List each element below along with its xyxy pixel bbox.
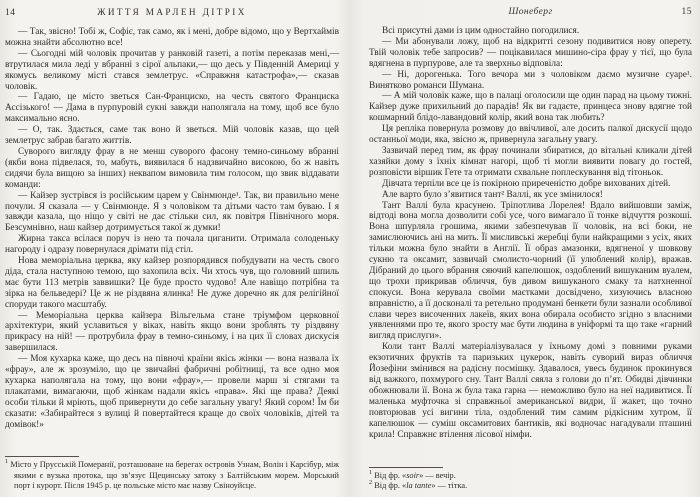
paragraph: Ця репліка повернула розмову до ввічливо… — [369, 124, 692, 146]
paragraph: — Гадаю, це місто зветься Сан-Франциско,… — [5, 92, 339, 125]
paragraph: — Меморіальна церква кайзера Вільгельма … — [5, 311, 339, 355]
left-page-body: — Так, звісно! Тобі ж, Софіє, так само, … — [5, 27, 339, 431]
paragraph: — Ми абонували ложу, щоб на відкритті се… — [369, 37, 692, 70]
paragraph: Жирна такса всілася поруч із нею та поча… — [5, 234, 339, 256]
right-page-footnotes: 1 Від фр. «soir» — вечір.2 Від фр. «la t… — [369, 467, 692, 491]
left-page-number: 14 — [5, 8, 31, 19]
footnote: 2 Від фр. «la tante» — тітка. — [369, 481, 692, 491]
right-page-header: Шонеберг 15 — [369, 7, 692, 18]
book-spread: 14 ЖИТТЯ МАРЛЕН ДІТРІХ — Так, звісно! То… — [0, 0, 700, 497]
paragraph: Нова меморіальна церква, яку кайзер розп… — [5, 256, 339, 311]
paragraph: Коли тант Валлі матеріалізувалася у їхнь… — [369, 342, 692, 440]
paragraph: Суворого вигляду фрау в не менш суворого… — [5, 147, 339, 191]
paragraph: — Кайзер зустрівся із російським царем у… — [5, 191, 339, 235]
footnote-rule — [369, 467, 443, 468]
right-page-body: Всі присутні дами із цим одностайно пого… — [369, 26, 692, 440]
left-page-footnotes: 1 Місто у Прусській Померанії, розташова… — [5, 456, 339, 491]
right-page: Шонеберг 15 Всі присутні дами із цим одн… — [350, 0, 700, 497]
paragraph: Але варто було з’явитися тант² Валлі, як… — [369, 190, 692, 201]
paragraph: — Сьогодні мій чоловік прочитав у ранков… — [5, 49, 339, 93]
left-running-head: ЖИТТЯ МАРЛЕН ДІТРІХ — [31, 7, 313, 18]
paragraph: — А мій чоловік каже, що в палаці оголос… — [369, 91, 692, 124]
paragraph: Всі присутні дами із цим одностайно пого… — [369, 26, 692, 37]
footnote-rule — [5, 456, 79, 457]
paragraph: — Ні, дорогенька. Того вечора ми з чолов… — [369, 70, 692, 92]
paragraph: — Так, звісно! Тобі ж, Софіє, так само, … — [5, 27, 339, 49]
paragraph: — О, так. Здається, саме так воно й звет… — [5, 125, 339, 147]
footnote: 1 Від фр. «soir» — вечір. — [369, 471, 692, 481]
paragraph: Дівчата терпіли все це із покірною прире… — [369, 179, 692, 190]
right-footnote-list: 1 Від фр. «soir» — вечір.2 Від фр. «la t… — [369, 471, 692, 491]
paragraph: Тант Валлі була красунею. Тріпотлива Лор… — [369, 201, 692, 343]
left-footnote-list: 1 Місто у Прусській Померанії, розташова… — [5, 460, 339, 491]
left-page: 14 ЖИТТЯ МАРЛЕН ДІТРІХ — Так, звісно! То… — [0, 0, 350, 497]
footnote: 1 Місто у Прусській Померанії, розташова… — [5, 460, 339, 491]
paragraph: Зазвичай перед тим, як фрау починали зби… — [369, 146, 692, 179]
left-page-header: 14 ЖИТТЯ МАРЛЕН ДІТРІХ — [5, 7, 339, 19]
right-running-head: Шонеберг — [395, 7, 666, 18]
right-page-number: 15 — [666, 7, 692, 18]
paragraph: — Моя кухарка каже, що десь на півночі к… — [5, 354, 339, 430]
